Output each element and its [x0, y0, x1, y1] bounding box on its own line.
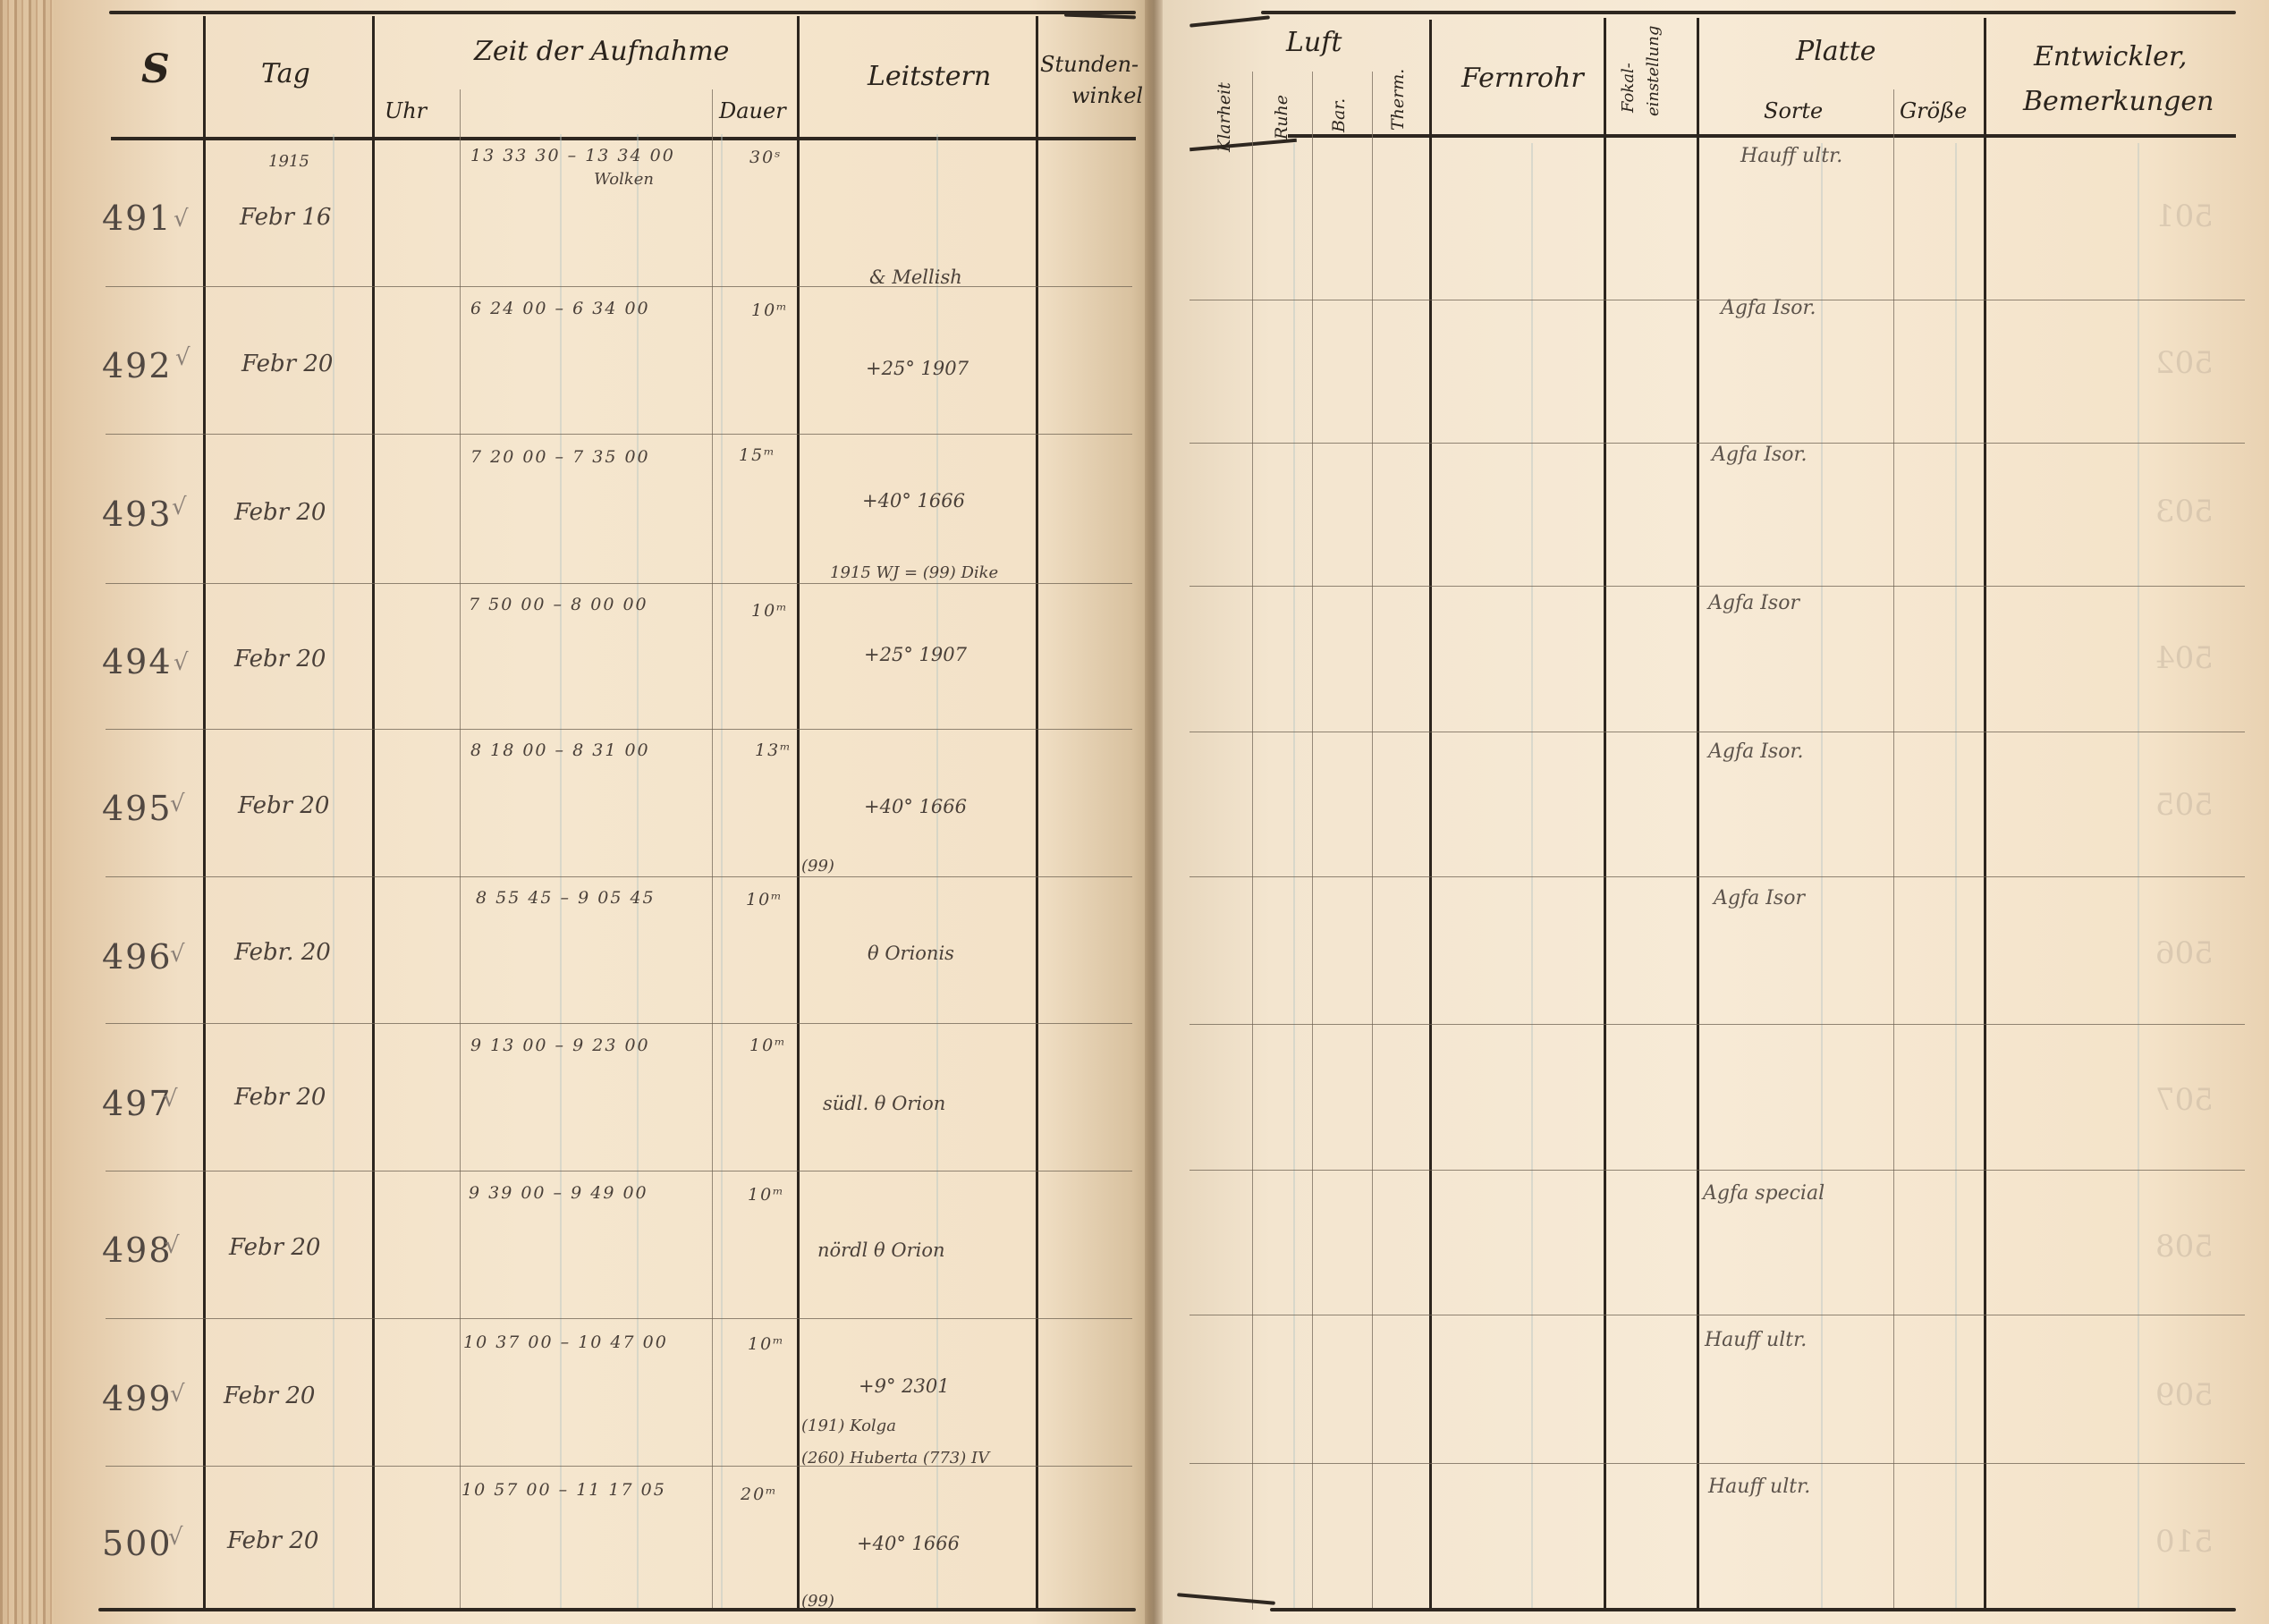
- bleed-through-number: 509: [2155, 1377, 2214, 1413]
- check-mark-icon: √: [163, 1086, 178, 1112]
- col-divider-ruhe: [1312, 72, 1313, 1610]
- check-mark-icon: √: [172, 494, 187, 520]
- row-rule: [106, 1318, 1132, 1319]
- plate-sorte: Agfa special: [1703, 1182, 1825, 1205]
- col-divider-bar: [1372, 72, 1373, 1610]
- exposure-time: 8 55 45 – 9 05 45: [476, 888, 656, 908]
- header-sorte: Sorte: [1764, 98, 1823, 123]
- leitstern-note: (99): [801, 857, 834, 875]
- plate-number: 496: [102, 937, 173, 977]
- check-mark-icon: √: [170, 791, 185, 817]
- check-mark-icon: √: [175, 344, 190, 371]
- row-rule: [106, 286, 1132, 287]
- header-uhr: Uhr: [385, 98, 427, 123]
- col-divider-luft: [1429, 20, 1432, 1610]
- header-leitstern: Leitstern: [868, 61, 991, 92]
- date: Febr 20: [241, 351, 333, 377]
- date: Febr 20: [229, 1234, 320, 1261]
- header-ruhe: Ruhe: [1272, 95, 1291, 140]
- date: Febr. 20: [234, 939, 331, 966]
- top-rule: [109, 11, 1136, 14]
- header-platte: Platte: [1796, 36, 1876, 67]
- duration: 10ᵐ: [749, 1036, 787, 1055]
- plate-sorte: Agfa Isor: [1708, 592, 1799, 614]
- plate-number: 491: [102, 199, 173, 238]
- header-bemerkungen: Bemerkungen: [2023, 86, 2214, 117]
- header-tag: Tag: [261, 58, 310, 89]
- date: Febr 20: [234, 499, 326, 526]
- row-rule: [1190, 1463, 2245, 1464]
- row-rule: [106, 1171, 1132, 1171]
- header-stundenwinkel-1: Stunden-: [1040, 52, 1139, 77]
- date: Febr 20: [227, 1527, 318, 1554]
- row-rule: [1190, 732, 2245, 732]
- header-stundenwinkel-2: winkel: [1071, 83, 1143, 108]
- bottom-rule: [1270, 1608, 2236, 1611]
- row-rule: [106, 729, 1132, 730]
- plate-sorte: Agfa Isor.: [1721, 297, 1816, 319]
- duration: 10ᵐ: [748, 1334, 785, 1354]
- col-divider-fernrohr: [1604, 18, 1606, 1610]
- guide-line: [721, 134, 723, 1610]
- duration: 15ᵐ: [739, 445, 776, 465]
- check-mark-icon: √: [165, 1232, 180, 1259]
- leitstern-note: (191) Kolga: [801, 1417, 896, 1435]
- col-divider-dauer: [712, 89, 713, 1610]
- header-rule: [111, 137, 1136, 140]
- plate-sorte: Hauff ultr.: [1740, 145, 1842, 167]
- duration: 20ᵐ: [741, 1484, 778, 1504]
- bleed-through-number: 504: [2155, 640, 2214, 676]
- row-rule: [1190, 586, 2245, 587]
- row-rule: [1190, 300, 2245, 300]
- bleed-through-number: 505: [2155, 787, 2214, 823]
- header-fernrohr: Fernrohr: [1461, 63, 1584, 94]
- header-groesse: Größe: [1900, 98, 1967, 123]
- col-divider-uhr: [460, 89, 461, 1610]
- exposure-time: 9 39 00 – 9 49 00: [469, 1183, 648, 1203]
- leitstern: +25° 1907: [864, 644, 967, 665]
- leitstern: südl. θ Orion: [823, 1093, 945, 1114]
- bleed-through-number: 502: [2155, 345, 2214, 381]
- row-rule: [106, 583, 1132, 584]
- exposure-time: 9 13 00 – 9 23 00: [470, 1036, 650, 1055]
- leitstern: +40° 1666: [857, 1533, 960, 1554]
- guide-line: [637, 134, 639, 1610]
- row-rule: [106, 1023, 1132, 1024]
- exposure-time: 10 37 00 – 10 47 00: [463, 1332, 668, 1352]
- row-rule: [1190, 1024, 2245, 1025]
- col-divider-platte: [1984, 18, 1986, 1610]
- bleed-through-number: 503: [2155, 494, 2214, 529]
- col-divider-fokal: [1697, 18, 1699, 1610]
- exposure-time: 13 33 30 – 13 34 00: [470, 146, 675, 165]
- plate-number: 498: [102, 1231, 173, 1270]
- check-mark-icon: √: [168, 1524, 183, 1551]
- year-note: 1915: [268, 152, 309, 171]
- leitstern: +25° 1907: [866, 358, 969, 379]
- check-mark-icon: √: [170, 1381, 185, 1408]
- leitstern: +40° 1666: [864, 796, 967, 817]
- plate-number: 493: [102, 495, 173, 534]
- col-divider-tag: [372, 16, 375, 1610]
- date: Febr 20: [224, 1383, 315, 1409]
- leitstern-note: 1915 WJ = (99) Dike: [830, 563, 998, 582]
- plate-number: 494: [102, 642, 173, 681]
- exposure-time: 7 50 00 – 8 00 00: [469, 595, 648, 614]
- header-therm: Therm.: [1388, 69, 1408, 131]
- header-fokal-1: Fokal-: [1619, 63, 1638, 113]
- plate-sorte: Agfa Isor.: [1708, 740, 1804, 763]
- plate-sorte: Agfa Isor: [1714, 887, 1805, 909]
- bottom-rule: [98, 1608, 1136, 1611]
- exposure-time: 8 18 00 – 8 31 00: [470, 740, 650, 760]
- header-rule-curve: [1190, 139, 1297, 151]
- leitstern: θ Orionis: [868, 943, 954, 964]
- check-mark-icon: √: [170, 941, 185, 968]
- guide-line: [560, 134, 562, 1610]
- header-bar: Bar.: [1329, 98, 1349, 132]
- row-rule: [106, 876, 1132, 877]
- bleed-through-number: 508: [2155, 1229, 2214, 1265]
- duration: 10ᵐ: [751, 601, 789, 621]
- row-rule: [1190, 1170, 2245, 1171]
- leitstern-note: & Mellish: [869, 266, 962, 288]
- date: Febr 20: [234, 1084, 326, 1111]
- plate-number: 492: [102, 346, 173, 385]
- row-rule: [1190, 876, 2245, 877]
- duration: 13ᵐ: [755, 740, 792, 760]
- plate-number: 500: [102, 1524, 173, 1563]
- bleed-through-number: 506: [2155, 935, 2214, 971]
- exposure-time: 7 20 00 – 7 35 00: [470, 447, 650, 467]
- duration: 10ᵐ: [748, 1185, 785, 1205]
- row-rule: [106, 434, 1132, 435]
- top-rule-curve: [1190, 15, 1270, 27]
- top-rule: [1261, 11, 2236, 14]
- header-entwickler: Entwickler,: [2034, 41, 2187, 72]
- bleed-through-number: 510: [2155, 1524, 2214, 1560]
- left-page: S Tag Zeit der Aufnahme Uhr Dauer Leitst…: [0, 0, 1154, 1624]
- col-divider-sorte: [1893, 89, 1894, 1610]
- bleed-through-number: 507: [2155, 1082, 2214, 1118]
- header-fokal-2: einstellung: [1644, 26, 1663, 116]
- row-rule: [1190, 1315, 2245, 1315]
- exposure-time: 10 57 00 – 11 17 05: [461, 1480, 666, 1500]
- duration: 10ᵐ: [751, 300, 789, 320]
- leitstern: nördl θ Orion: [817, 1239, 945, 1261]
- plate-number: 495: [102, 789, 173, 828]
- header-dauer: Dauer: [719, 98, 786, 123]
- duration: 30ˢ: [749, 148, 783, 167]
- header-klarheit: Klarheit: [1215, 82, 1234, 152]
- bottom-rule-curve: [1177, 1593, 1275, 1605]
- col-divider-s: [203, 16, 206, 1610]
- plate-sorte: Hauff ultr.: [1708, 1476, 1810, 1498]
- leitstern: +9° 2301: [859, 1375, 950, 1397]
- leitstern-note: (99): [801, 1592, 834, 1611]
- col-divider-zeit: [797, 16, 800, 1610]
- plate-number: 497: [102, 1084, 173, 1123]
- col-divider-klarheit: [1252, 72, 1253, 1610]
- open-logbook: S Tag Zeit der Aufnahme Uhr Dauer Leitst…: [0, 0, 2269, 1624]
- exposure-time: 6 24 00 – 6 34 00: [470, 299, 650, 318]
- exposure-note: Wolken: [594, 170, 654, 189]
- duration: 10ᵐ: [746, 890, 783, 909]
- date: Febr 16: [240, 204, 331, 231]
- right-page: Luft Klarheit Ruhe Bar. Therm. Fernrohr …: [1163, 0, 2269, 1624]
- col-divider-leitstern: [1036, 16, 1038, 1610]
- check-mark-icon: √: [174, 649, 189, 676]
- header-s: S: [141, 47, 170, 92]
- leitstern-note: (260) Huberta (773) IV: [801, 1449, 989, 1468]
- plate-sorte: Agfa Isor.: [1712, 444, 1808, 466]
- plate-sorte: Hauff ultr.: [1705, 1329, 1807, 1351]
- date: Febr 20: [238, 792, 329, 819]
- plate-number: 499: [102, 1379, 173, 1418]
- header-luft: Luft: [1286, 27, 1342, 58]
- leitstern: +40° 1666: [862, 490, 965, 512]
- check-mark-icon: √: [174, 206, 189, 233]
- bleed-through-number: 501: [2155, 199, 2214, 234]
- header-zeit-der-aufnahme: Zeit der Aufnahme: [474, 36, 729, 67]
- date: Febr 20: [234, 646, 326, 672]
